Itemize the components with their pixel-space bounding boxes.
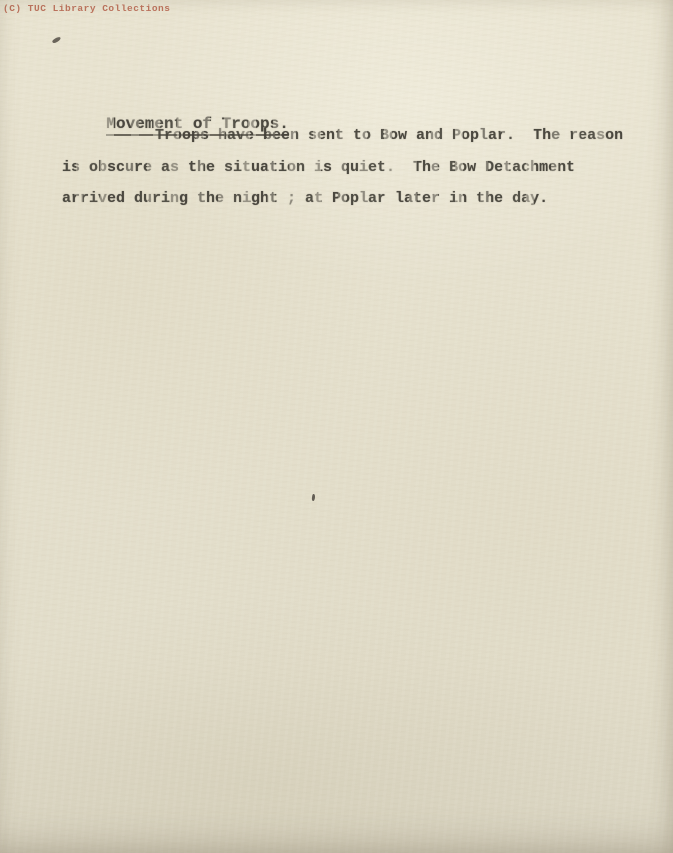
scanned-document-page: (C) TUC Library Collections Movement of … (0, 0, 673, 853)
paragraph-line: arrived during the night ; at Poplar lat… (62, 183, 623, 215)
ink-speck (312, 494, 316, 501)
pencil-speck (52, 36, 62, 44)
paragraph-line: is obscure as the situation is quiet. Th… (62, 152, 623, 184)
document-paragraph: Troops have been sent to Bow and Poplar.… (62, 120, 623, 215)
library-watermark: (C) TUC Library Collections (3, 3, 170, 14)
paragraph-line: Troops have been sent to Bow and Poplar.… (62, 120, 623, 152)
